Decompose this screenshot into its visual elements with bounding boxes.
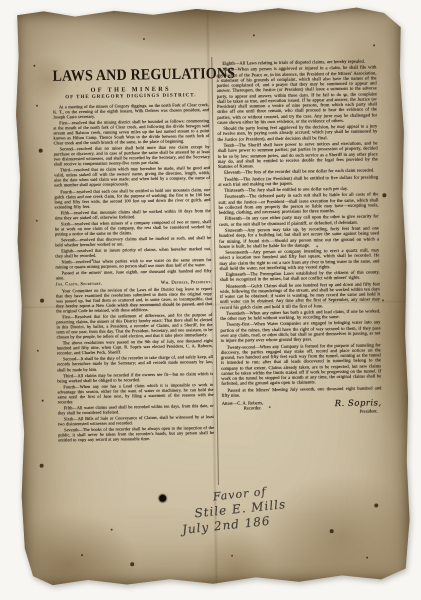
document-paragraph: Your Committee on the revision of the La…	[56, 286, 212, 314]
president-closing-signature: R. Sopris, President.	[335, 399, 382, 415]
document-paragraph: The above resolutions were passed on the…	[57, 338, 213, 356]
left-column: LAWS AND REGULATIONS OF THE MINERS OF TH…	[52, 67, 214, 443]
meeting-signature-row: Jas. Casto, Secretary. Wm. Defrees, Pres…	[56, 279, 212, 286]
new-code-right: Eighth—All Laws relating to trials of di…	[216, 58, 381, 398]
district-line: OF THE GREGORY DIGGINGS DISTRICT.	[53, 93, 209, 100]
president-title: President.	[335, 409, 378, 415]
paper-shadow-wrap: LAWS AND REGULATIONS OF THE MINERS OF TH…	[17, 7, 408, 586]
document-paragraph: Tenth—The Sheriff shall have power to se…	[218, 140, 378, 169]
document-paragraph: Sixteenth—Any person may take up, by rec…	[219, 225, 379, 249]
document-paragraph: First—Resolved that for the settlement o…	[56, 312, 212, 340]
document-paragraph: At a meeting of the miners of Gregory di…	[53, 102, 209, 120]
handwritten-note: Favor of Stile E. Mills July 2nd 186	[176, 479, 330, 538]
document-paragraph: First—resolved that the mining district …	[53, 118, 209, 146]
document-paragraph: Fourth—resolved that each one shall be e…	[54, 187, 210, 210]
document-paragraph: Seventeenth—Any person or company intend…	[219, 247, 379, 271]
document-paragraph: Fourteenth—The defeated party in each su…	[218, 192, 378, 216]
document-title: LAWS AND REGULATIONS	[52, 66, 208, 86]
document-paragraph: Seventh—The books of the recorder shall …	[58, 425, 214, 443]
right-column: Eighth—All Laws relating to trials of di…	[216, 58, 382, 416]
president-signature: Wm. Defrees, President.	[161, 279, 212, 285]
document-paragraph: Sixth—resolved that when miners of a com…	[55, 219, 211, 237]
ink-blot	[159, 495, 166, 502]
scan-background: LAWS AND REGULATIONS OF THE MINERS OF TH…	[0, 0, 421, 600]
original-resolutions: At a meeting of the miners of Gregory di…	[53, 102, 212, 280]
new-code-left: Your Committee on the revision of the La…	[56, 286, 214, 442]
document-paragraph: Fourth—When any one has a Lead claim whi…	[57, 382, 213, 405]
attest-title: Recorder.	[244, 405, 264, 410]
document-paragraph: Ninth—When any person is aggrieved or in…	[216, 65, 377, 125]
closing-signature-block: Attest—C. A. Roberts, Recorder. R. Sopri…	[222, 399, 382, 417]
document-paragraph: Passed at the Miners' Meeting July seven…	[221, 385, 381, 398]
document-paragraph: Second—It shall be the duty of the recor…	[57, 354, 213, 372]
document-paragraph: Twenty-first—When Water Companies are en…	[220, 320, 380, 344]
document-paragraph: Should the party losing feel aggrieved b…	[217, 124, 377, 142]
document-paper: LAWS AND REGULATIONS OF THE MINERS OF TH…	[12, 4, 412, 589]
secretary-signature: Jas. Casto, Secretary.	[56, 281, 103, 287]
document-paragraph: Twenty-second—When any Company is formed…	[221, 342, 382, 387]
document-paragraph: Nineteenth—Gulch Claims shall be one hun…	[220, 281, 380, 310]
attest-signature: Attest—C. A. Roberts, Recorder.	[222, 400, 264, 416]
document-paragraph: Third—resolved that no claim which may h…	[54, 165, 210, 188]
document-paragraph: Second—resolved that no miner shall hold…	[54, 144, 210, 167]
